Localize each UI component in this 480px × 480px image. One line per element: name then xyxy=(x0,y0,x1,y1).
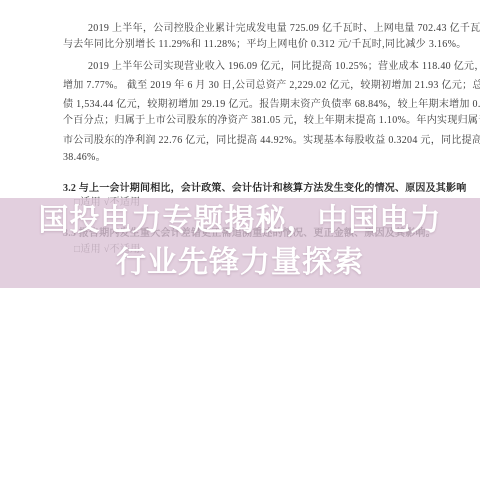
page: 2019 上半年，公司控股企业累计完成发电量 725.09 亿千瓦时、上网电量 … xyxy=(0,0,480,480)
report-text-line-8: 38.46%。 xyxy=(63,151,106,165)
section-3-2-heading: 3.2 与上一会计期间相比，会计政策、会计估计和核算方法发生变化的情况、原因及其… xyxy=(63,182,466,196)
report-text-line-1: 2019 上半年，公司控股企业累计完成发电量 725.09 亿千瓦时、上网电量 … xyxy=(88,22,480,36)
banner-title-line2: 行业先锋力量探索 xyxy=(0,242,480,284)
report-text-line-4: 增加 7.77%。 截至 2019 年 6 月 30 日,公司总资产 2,229… xyxy=(63,79,480,93)
report-text-line-5: 债 1,534.44 亿元，较期初增加 29.19 亿元。报告期末资产负债率 6… xyxy=(63,98,480,112)
report-text-line-3: 2019 上半年公司实现营业收入 196.09 亿元，同比提高 10.25%；营… xyxy=(88,60,480,74)
report-text-line-2: 与去年同比分别增长 11.29%和 11.28%；平均上网电价 0.312 元/… xyxy=(63,38,467,52)
report-text-line-7: 市公司股东的净利润 22.76 亿元，同比提高 44.92%。实现基本每股收益 … xyxy=(63,134,480,148)
banner-overlay: 国投电力专题揭秘，中国电力 行业先锋力量探索 xyxy=(0,198,480,288)
banner-title-line1: 国投电力专题揭秘，中国电力 xyxy=(0,200,480,242)
report-text-line-6: 个百分点；归属于上市公司股东的净资产 381.05 元，较上年期末提高 1.10… xyxy=(63,114,480,128)
